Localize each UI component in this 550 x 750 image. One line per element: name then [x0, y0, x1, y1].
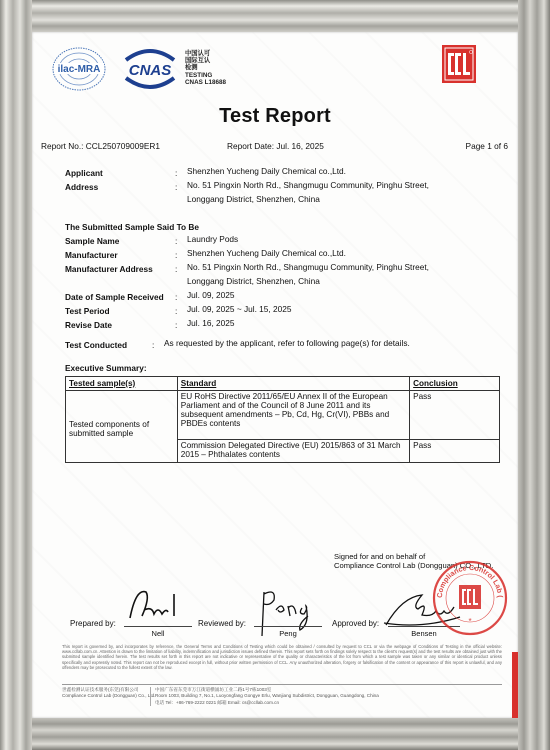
- colon: :: [175, 168, 177, 178]
- prepared-signature-line: [124, 626, 192, 627]
- standard-cell: Commission Delegated Directive (EU) 2015…: [177, 440, 409, 463]
- test-conducted-value: As requested by the applicant, refer to …: [164, 337, 410, 351]
- revise-date-label: Revise Date: [65, 320, 112, 330]
- report-number: Report No.: CCL250709009ER1: [41, 141, 160, 151]
- svg-text:CNAS: CNAS: [129, 62, 172, 79]
- reviewed-by-name: Peng: [254, 629, 322, 638]
- address-en: Room 1003, Building 7, No.1, Luoyongfang…: [155, 693, 379, 699]
- table-row: Tested components of submitted sample EU…: [66, 391, 500, 440]
- colon: :: [175, 182, 177, 192]
- conclusion-cell: Pass: [410, 440, 500, 463]
- colon: :: [175, 292, 177, 302]
- colon: :: [175, 236, 177, 246]
- address-line: No. 51 Pingxin North Rd., Shangmugu Comm…: [187, 179, 429, 193]
- test-period-label: Test Period: [65, 306, 110, 316]
- frame-right: [518, 0, 550, 750]
- test-period-value: Jul. 09, 2025 ~ Jul. 15, 2025: [187, 303, 291, 317]
- svg-text:*: *: [468, 617, 471, 626]
- colon: :: [175, 306, 177, 316]
- manufacturer-address-label: Manufacturer Address: [65, 264, 153, 274]
- address-label: Address: [65, 182, 98, 192]
- frame-top: [0, 0, 550, 32]
- company-seal-stamp: Compliance Control Lab (Dongguan) CO.,LT…: [432, 560, 508, 636]
- applicant-label: Applicant: [65, 168, 103, 178]
- executive-summary-heading: Executive Summary:: [65, 363, 147, 373]
- cnas-logo: CNAS: [120, 46, 180, 92]
- reviewed-by-label: Reviewed by:: [198, 619, 246, 628]
- report-page: ilac-MRA CNAS 中国认可 国际互认 检测 TESTING CNAS …: [32, 32, 518, 718]
- cnas-cn-line: 检测: [185, 64, 226, 71]
- sample-name-label: Sample Name: [65, 236, 119, 246]
- date-received-value: Jul. 09, 2025: [187, 289, 235, 303]
- colon: :: [175, 250, 177, 260]
- address-line: No. 51 Pingxin North Rd., Shangmugu Comm…: [187, 261, 429, 275]
- footer-address: 中国广东省东莞市万江街道横涌坊工业二路1号7栋1003室 Room 1003, …: [150, 687, 379, 706]
- company-name-en: Compliance Control Lab (Dongguan) Co., L…: [62, 693, 155, 699]
- address-line: Longgang District, Shenzhen, China: [187, 275, 429, 289]
- prepared-by-name: Nell: [124, 629, 192, 638]
- column-header: Standard: [177, 377, 409, 391]
- brand-red-strip: [512, 652, 518, 718]
- date-received-label: Date of Sample Received: [65, 292, 164, 302]
- footer-divider: [62, 684, 502, 685]
- page-number: Page 1 of 6: [466, 141, 508, 151]
- svg-text:ilac-MRA: ilac-MRA: [58, 64, 101, 75]
- applicant-value: Shenzhen Yucheng Daily Chemical co.,Ltd.: [187, 165, 346, 179]
- column-header: Conclusion: [410, 377, 500, 391]
- manufacturer-label: Manufacturer: [65, 250, 118, 260]
- frame-bottom: [0, 718, 550, 750]
- colon: :: [175, 320, 177, 330]
- prepared-signature: [124, 584, 194, 624]
- ilac-mra-logo: ilac-MRA: [50, 46, 108, 92]
- footer-company: 世鑫检测认证技术服务(东莞)有限公司 Compliance Control La…: [62, 687, 155, 699]
- ccl-logo: [442, 45, 476, 83]
- tested-sample-cell: Tested components of submitted sample: [66, 391, 178, 463]
- contact-info: 电话 Tel：+86-769-2222 0221 邮箱 Email: cs@cc…: [155, 700, 379, 706]
- reviewed-signature-line: [254, 626, 322, 627]
- cnas-accreditation-text: 中国认可 国际互认 检测 TESTING CNAS L18688: [185, 50, 226, 86]
- table-header-row: Tested sample(s) Standard Conclusion: [66, 377, 500, 391]
- sample-heading: The Submitted Sample Said To Be: [65, 222, 199, 232]
- address-value: No. 51 Pingxin North Rd., Shangmugu Comm…: [187, 179, 429, 206]
- approved-by-label: Approved by:: [332, 619, 379, 628]
- revise-date-value: Jul. 16, 2025: [187, 317, 235, 331]
- sample-name-value: Laundry Pods: [187, 233, 238, 247]
- conclusion-cell: Pass: [410, 391, 500, 440]
- colon: :: [175, 264, 177, 274]
- prepared-by-label: Prepared by:: [70, 619, 116, 628]
- cnas-number: CNAS L18688: [185, 79, 226, 86]
- test-conducted-label: Test Conducted: [65, 340, 127, 350]
- summary-table: Tested sample(s) Standard Conclusion Tes…: [65, 376, 500, 463]
- column-header: Tested sample(s): [66, 377, 178, 391]
- manufacturer-value: Shenzhen Yucheng Daily Chemical co.,Ltd.: [187, 247, 346, 261]
- legal-disclaimer: This report is governed by, and incorpor…: [62, 644, 502, 670]
- manufacturer-address-value: No. 51 Pingxin North Rd., Shangmugu Comm…: [187, 261, 429, 288]
- report-title: Test Report: [32, 105, 518, 128]
- report-date: Report Date: Jul. 16, 2025: [227, 141, 324, 151]
- frame-left: [0, 0, 32, 750]
- colon: :: [152, 340, 154, 350]
- address-line: Longgang District, Shenzhen, China: [187, 193, 429, 207]
- cnas-testing: TESTING: [185, 72, 226, 79]
- standard-cell: EU RoHS Directive 2011/65/EU Annex II of…: [177, 391, 409, 440]
